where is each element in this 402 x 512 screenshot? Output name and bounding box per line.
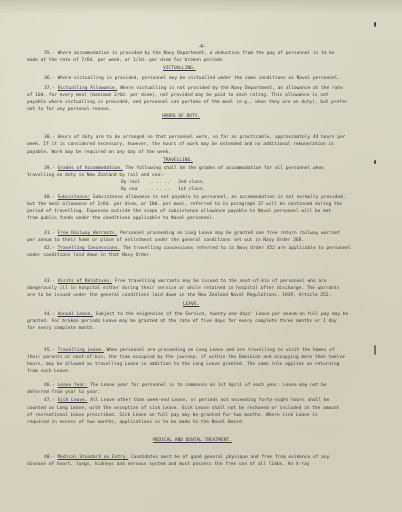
paragraph-37-line-1: 37.- Victualling Allowance. Where victua… bbox=[44, 86, 343, 92]
paragraph-39-line-2: travelling on duty in New Zealand by rai… bbox=[27, 173, 166, 179]
paragraph-46-line-2: deferred from year to year. bbox=[27, 390, 100, 396]
paragraph-44-title: Annual Leave. bbox=[58, 312, 93, 317]
paragraph-38-line-1: 38.- Hours of duty are to be arranged so… bbox=[44, 135, 345, 141]
paragraph-45-line-4: from such Leave. bbox=[27, 369, 70, 375]
page-number: -4- bbox=[197, 44, 206, 50]
paragraph-46-title: Leave Year. bbox=[58, 383, 88, 388]
paragraph-35-line-2: made at the rate of 7/6d. per week, or 1… bbox=[27, 58, 225, 64]
heading-hours-of-duty: HOURS OF DUTY. bbox=[162, 114, 200, 120]
heading-leave: LEAVE. bbox=[183, 302, 199, 308]
paragraph-42-line-1: 42.- Travelling Concessions. The travell… bbox=[44, 246, 351, 252]
paragraph-42-title: Travelling Concessions. bbox=[58, 246, 120, 251]
paragraph-45-line-1: 45.- Travelling Leave. When personnel ar… bbox=[44, 348, 335, 354]
paragraph-45-line-2: their parents or next-of-kin, the time o… bbox=[27, 355, 345, 361]
paragraph-47-line-3: of recreational Leave prescribed. Sick L… bbox=[27, 413, 318, 419]
heading-victualling: VICTUALLING. bbox=[163, 66, 196, 72]
paragraph-44-line-2: granted. For broken periods Leave may be… bbox=[27, 319, 337, 325]
paragraph-38-line-3: payable. Work may be required on any day… bbox=[27, 150, 171, 156]
paragraph-47-line-4: required in excess of two months, applic… bbox=[27, 420, 244, 426]
heading-medical-and-dental-treatment: MEDICAL AND DENTAL TREATMENT. bbox=[153, 438, 232, 444]
grade-row-sea: By sea .. .. .. 1st class. bbox=[121, 187, 205, 193]
paper-edge-shadow bbox=[0, 0, 402, 14]
paragraph-39-title: Grades of Accommodation. bbox=[58, 166, 123, 171]
paragraph-37-line-3: payable where victualling is provided, a… bbox=[27, 100, 347, 106]
paragraph-48-line-1: 48.- Medical Standard on Entry. Candidat… bbox=[44, 455, 329, 461]
paragraph-40-line-3: period of travelling. Expenses outside t… bbox=[27, 209, 331, 215]
paragraph-48-line-2: disease of heart, lungs, kidneys and ner… bbox=[27, 462, 309, 468]
paragraph-37-title: Victualling Allowance. bbox=[58, 86, 118, 91]
paragraph-39-line-1: 39.- Grades of Accommodation. The follow… bbox=[44, 166, 324, 172]
paragraph-41-line-2: per annum to their home or place of enli… bbox=[27, 238, 304, 244]
ink-mark bbox=[374, 160, 376, 164]
paragraph-47-line-2: counted as Long Leave, with the exceptio… bbox=[27, 406, 339, 412]
paragraph-43-line-2: dangerously ill in hospital either durin… bbox=[27, 286, 339, 292]
heading-travelling: TRAVELLING. bbox=[163, 158, 193, 164]
paragraph-40-title: Subsistence: bbox=[58, 195, 91, 200]
paragraph-41-title: Free Railway Warrants. bbox=[58, 231, 118, 236]
grade-row-rail: By rail .. .. .. 2nd class. bbox=[121, 180, 205, 186]
paragraph-40-line-1: 40.- Subsistence: Subsistence allowance … bbox=[44, 195, 345, 201]
paragraph-42-line-2: under conditions laid down in that Navy … bbox=[27, 253, 152, 259]
paragraph-41-line-1: 41.- Free Railway Warrants. Personnel pr… bbox=[44, 231, 340, 237]
paragraph-45-title: Travelling Leave. bbox=[58, 348, 104, 353]
paragraph-40-line-2: but the meal allowance of 2/6d. per diem… bbox=[27, 202, 342, 208]
paragraph-44-line-1: 44.- Annual Leave. Subject to the exigen… bbox=[44, 312, 348, 318]
paragraph-37-line-4: not to for any personal reason. bbox=[27, 107, 111, 113]
paragraph-43-line-1: 43.- Visits of Relatives. Free travellin… bbox=[44, 279, 326, 285]
paragraph-46-line-1: 46.- Leave Year. The Leave year for pers… bbox=[44, 383, 326, 389]
paragraph-43-line-3: are to be issued under the general condi… bbox=[27, 293, 331, 299]
document-page: -4- 35.- Where accommodation is provided… bbox=[0, 0, 402, 512]
paragraph-43-title: Visits of Relatives. bbox=[58, 279, 112, 284]
paragraph-38-line-2: week. If it is considered necessary, how… bbox=[27, 142, 334, 148]
paragraph-40-line-4: from public funds under the conditions a… bbox=[27, 216, 214, 222]
paragraph-35-line-1: 35.- Where accommodation is provided by … bbox=[44, 51, 335, 57]
paragraph-37-line-2: of 10d. for every meal (maximum 2/6d. pe… bbox=[27, 93, 328, 99]
paragraph-47-title: Sick Leave. bbox=[58, 398, 88, 403]
ink-mark bbox=[374, 345, 376, 355]
paragraph-36-line-1: 36.- Where victualling is provided, pers… bbox=[44, 76, 340, 82]
paragraph-45-line-3: hours, may be allowed as travelling Leav… bbox=[27, 362, 339, 368]
paragraph-44-line-3: for every complete month. bbox=[27, 326, 95, 332]
paragraph-48-title: Medical Standard on Entry. bbox=[58, 455, 129, 460]
paragraph-47-line-1: 47.- Sick Leave. All Leave other than we… bbox=[44, 398, 329, 404]
ink-mark bbox=[374, 22, 376, 27]
